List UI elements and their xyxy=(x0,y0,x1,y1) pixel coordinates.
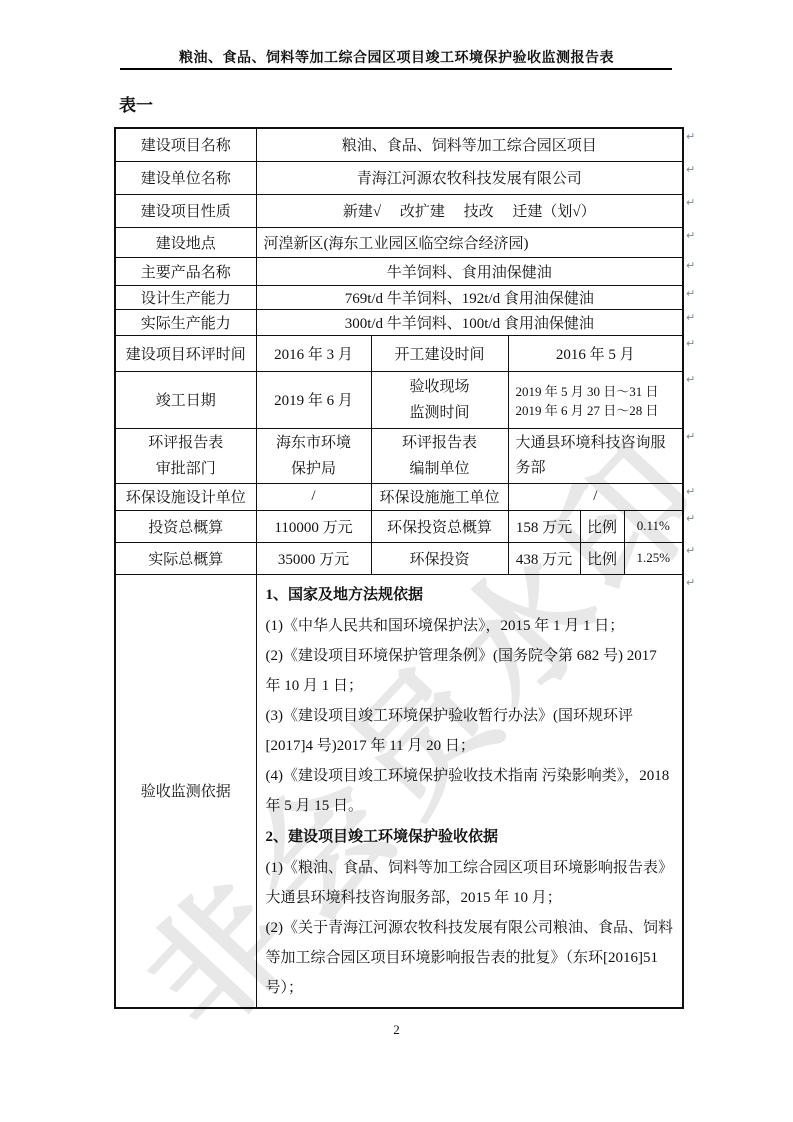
table-row: 环保设施设计单位 / 环保设施施工单位 / xyxy=(115,483,683,510)
document-page: 非会员水印 粮油、食品、饲料等加工综合园区项目竣工环境保护验收监测报告表 表一 … xyxy=(0,0,793,1122)
basis-item: (4)《建设项目竣工环境保护验收技术指南 污染影响类》，2018 年 5 月 1… xyxy=(266,761,674,821)
paragraph-mark-icon: ↵ xyxy=(686,230,695,241)
table-row: 竣工日期 2019 年 6 月 验收现场 监测时间 2019 年 5 月 30 … xyxy=(115,371,683,428)
paragraph-mark-icon: ↵ xyxy=(686,431,695,442)
paragraph-mark-icon: ↵ xyxy=(686,288,695,299)
eia-approval-dept-line1: 环评报告表 xyxy=(120,430,252,456)
paragraph-mark-icon: ↵ xyxy=(686,486,695,497)
paragraph-mark-icon: ↵ xyxy=(686,513,695,524)
construction-start-label: 开工建设时间 xyxy=(371,335,508,371)
env-investment-value: 438 万元 xyxy=(508,542,580,574)
main-products-value: 牛羊饲料、食用油保健油 xyxy=(256,257,683,285)
location-value: 河湟新区(海东工业园区临空综合经济园) xyxy=(256,227,683,257)
table-row: 主要产品名称 牛羊饲料、食用油保健油 xyxy=(115,257,683,285)
env-investment-budget-label: 环保投资总概算 xyxy=(371,510,508,542)
basis-item: (2)《关于青海江河源农牧科技发展有限公司粮油、食品、饲料等加工综合园区项目环境… xyxy=(266,913,674,1003)
paragraph-mark-icon: ↵ xyxy=(686,164,695,175)
table-row: 设计生产能力 769t/d 牛羊饲料、192t/d 食用油保健油 xyxy=(115,285,683,309)
monitor-time-label-line1: 验收现场 xyxy=(376,374,504,400)
eia-author-label-line2: 编制单位 xyxy=(376,456,504,482)
construction-start-value: 2016 年 5 月 xyxy=(508,335,683,371)
table-row: 验收监测依据 1、国家及地方法规依据(1)《中华人民共和国环境保护法》，2015… xyxy=(115,574,683,1008)
eia-author-label-line1: 环评报告表 xyxy=(376,430,504,456)
paragraph-mark-icon: ↵ xyxy=(686,197,695,208)
total-investment-label: 投资总概算 xyxy=(115,510,256,542)
acceptance-basis-content: 1、国家及地方法规依据(1)《中华人民共和国环境保护法》，2015 年 1 月 … xyxy=(256,574,683,1008)
project-nature-label: 建设项目性质 xyxy=(115,194,256,227)
actual-capacity-label: 实际生产能力 xyxy=(115,309,256,335)
basis-item: 1、国家及地方法规依据 xyxy=(266,579,674,611)
report-table-wrap: 建设项目名称 粮油、食品、饲料等加工综合园区项目 建设单位名称 青海江河源农牧科… xyxy=(114,127,682,1009)
env-investment-budget-value: 158 万元 xyxy=(508,510,580,542)
acceptance-basis-label: 验收监测依据 xyxy=(115,574,256,1008)
location-label: 建设地点 xyxy=(115,227,256,257)
ratio-value-2: 1.25% xyxy=(624,542,683,574)
table-row: 环评报告表 审批部门 海东市环境 保护局 环评报告表 编制单位 大通县环境科技咨… xyxy=(115,428,683,483)
project-name-value: 粮油、食品、饲料等加工综合园区项目 xyxy=(256,128,683,161)
monitor-date-1: 2019 年 5 月 30 日～31 日 xyxy=(516,381,679,400)
monitor-time-value: 2019 年 5 月 30 日～31 日 2019 年 6 月 27 日～28 … xyxy=(508,371,683,428)
table-row: 建设地点 河湟新区(海东工业园区临空综合经济园) xyxy=(115,227,683,257)
design-unit-label: 环保设施设计单位 xyxy=(115,483,256,510)
paragraph-mark-icon: ↵ xyxy=(686,312,695,323)
title-rule xyxy=(120,68,672,70)
env-investment-label: 环保投资 xyxy=(371,542,508,574)
total-investment-value: 110000 万元 xyxy=(256,510,371,542)
construction-unit-label: 环保设施施工单位 xyxy=(371,483,508,510)
table-caption: 表一 xyxy=(119,91,153,116)
paragraph-mark-icon: ↵ xyxy=(686,131,695,142)
monitor-date-2: 2019 年 6 月 27 日～28 日 xyxy=(516,400,679,419)
table-row: 实际总概算 35000 万元 环保投资 438 万元 比例 1.25% xyxy=(115,542,683,574)
eia-approval-dept-line2: 审批部门 xyxy=(120,456,252,482)
basis-item: 2、建设项目竣工环境保护验收依据 xyxy=(266,821,674,853)
completion-date-label: 竣工日期 xyxy=(115,371,256,428)
main-products-label: 主要产品名称 xyxy=(115,257,256,285)
design-unit-value: / xyxy=(256,483,371,510)
design-capacity-value: 769t/d 牛羊饲料、192t/d 食用油保健油 xyxy=(256,285,683,309)
table-row: 投资总概算 110000 万元 环保投资总概算 158 万元 比例 0.11% xyxy=(115,510,683,542)
project-nature-value: 新建√ 改扩建 技改 迁建（划√） xyxy=(256,194,683,227)
table-row: 建设项目名称 粮油、食品、饲料等加工综合园区项目 xyxy=(115,128,683,161)
eia-approval-dept-value-line2: 保护局 xyxy=(261,456,367,482)
page-title: 粮油、食品、饲料等加工综合园区项目竣工环境保护验收监测报告表 xyxy=(0,47,793,67)
ratio-label-2: 比例 xyxy=(580,542,624,574)
basis-item: (3)《建设项目竣工环境保护验收暂行办法》(国环规环评[2017]4 号)201… xyxy=(266,701,674,761)
paragraph-mark-icon: ↵ xyxy=(686,374,695,385)
builder-name-label: 建设单位名称 xyxy=(115,161,256,194)
construction-unit-value: / xyxy=(508,483,683,510)
paragraph-mark-icon: ↵ xyxy=(686,577,695,588)
project-name-label: 建设项目名称 xyxy=(115,128,256,161)
eia-time-label: 建设项目环评时间 xyxy=(115,335,256,371)
paragraph-mark-icon: ↵ xyxy=(686,338,695,349)
monitor-time-label: 验收现场 监测时间 xyxy=(371,371,508,428)
table-row: 实际生产能力 300t/d 牛羊饲料、100t/d 食用油保健油 xyxy=(115,309,683,335)
eia-approval-dept-value-line1: 海东市环境 xyxy=(261,430,367,456)
paragraph-mark-icon: ↵ xyxy=(686,545,695,556)
basis-item: (1)《中华人民共和国环境保护法》，2015 年 1 月 1 日； xyxy=(266,611,674,641)
ratio-label-1: 比例 xyxy=(580,510,624,542)
eia-approval-dept-label: 环评报告表 审批部门 xyxy=(115,428,256,483)
eia-author-label: 环评报告表 编制单位 xyxy=(371,428,508,483)
design-capacity-label: 设计生产能力 xyxy=(115,285,256,309)
basis-item: (1)《粮油、食品、饲料等加工综合园区项目环境影响报告表》大通县环境科技咨询服务… xyxy=(266,853,674,913)
paragraph-mark-icon: ↵ xyxy=(686,260,695,271)
eia-time-value: 2016 年 3 月 xyxy=(256,335,371,371)
basis-item: (2)《建设项目环境保护管理条例》(国务院令第 682 号) 2017 年 10… xyxy=(266,641,674,701)
page-number: 2 xyxy=(0,1022,793,1038)
completion-date-value: 2019 年 6 月 xyxy=(256,371,371,428)
eia-author-value: 大通县环境科技咨询服务部 xyxy=(508,428,683,483)
monitor-time-label-line2: 监测时间 xyxy=(376,400,504,426)
table-row: 建设单位名称 青海江河源农牧科技发展有限公司 xyxy=(115,161,683,194)
report-table: 建设项目名称 粮油、食品、饲料等加工综合园区项目 建设单位名称 青海江河源农牧科… xyxy=(114,127,684,1009)
actual-budget-label: 实际总概算 xyxy=(115,542,256,574)
eia-approval-dept-value: 海东市环境 保护局 xyxy=(256,428,371,483)
builder-name-value: 青海江河源农牧科技发展有限公司 xyxy=(256,161,683,194)
actual-capacity-value: 300t/d 牛羊饲料、100t/d 食用油保健油 xyxy=(256,309,683,335)
table-row: 建设项目性质 新建√ 改扩建 技改 迁建（划√） xyxy=(115,194,683,227)
table-row: 建设项目环评时间 2016 年 3 月 开工建设时间 2016 年 5 月 xyxy=(115,335,683,371)
ratio-value-1: 0.11% xyxy=(624,510,683,542)
actual-budget-value: 35000 万元 xyxy=(256,542,371,574)
